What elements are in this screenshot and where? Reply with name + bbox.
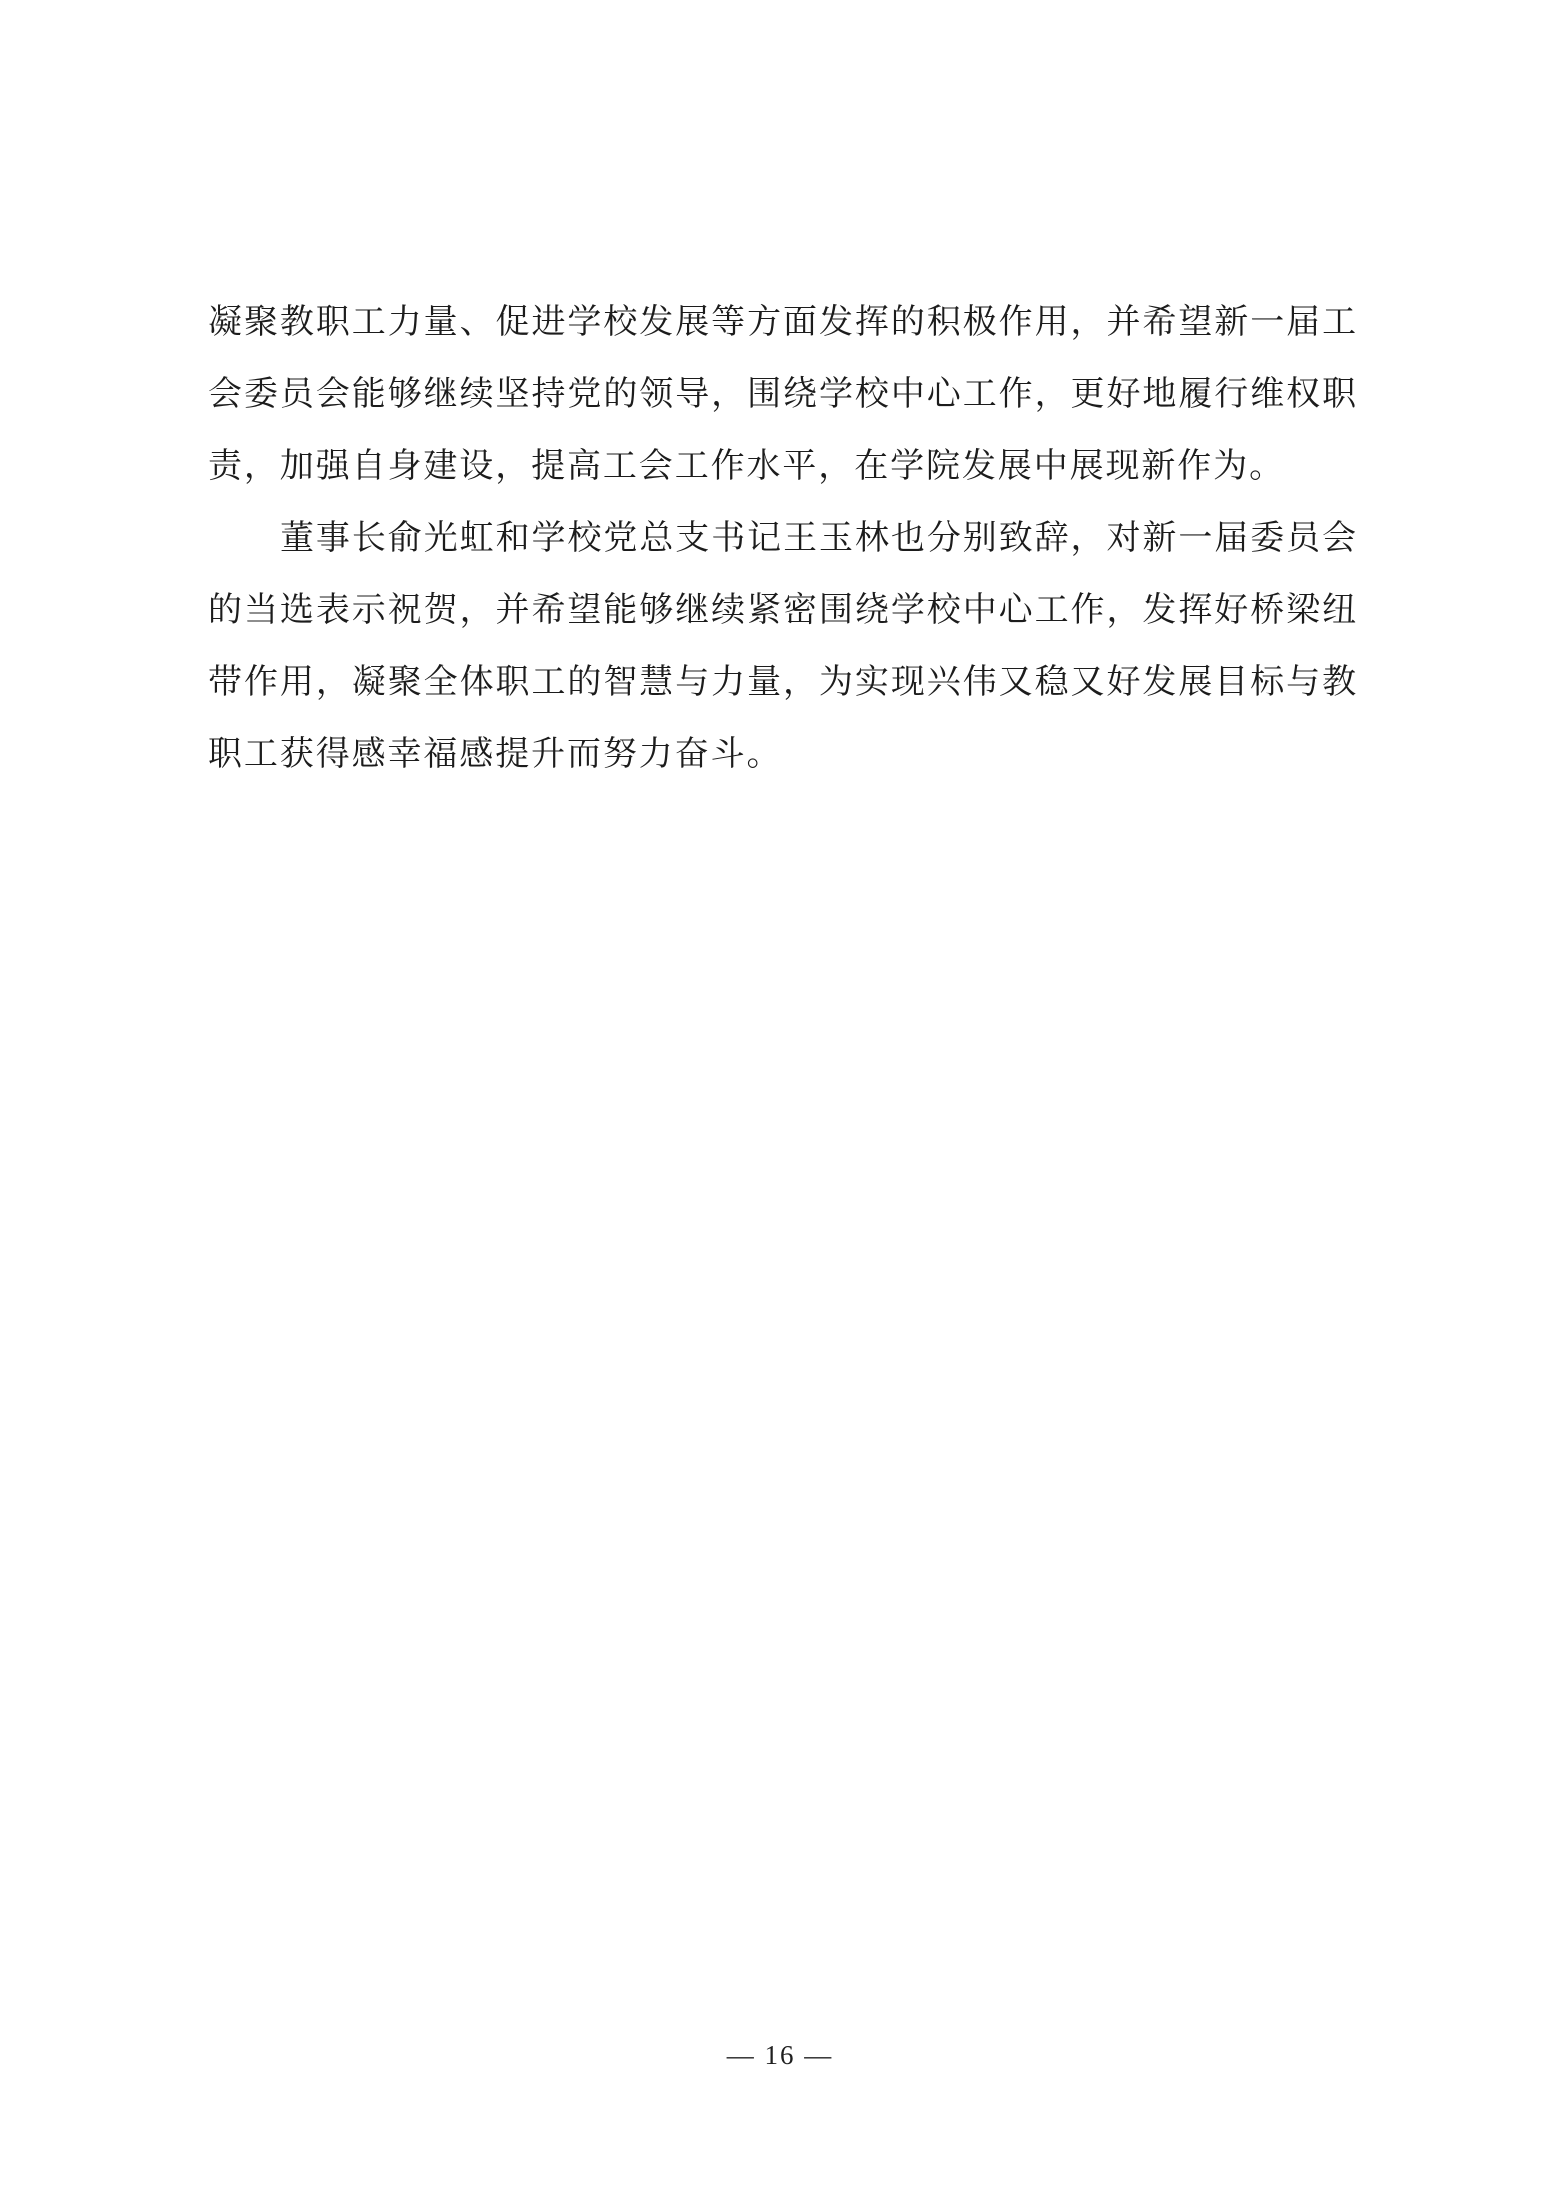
document-page: 凝聚教职工力量、促进学校发展等方面发挥的积极作用，并希望新一届工会委员会能够继续…	[0, 0, 1560, 2207]
body-text: 凝聚教职工力量、促进学校发展等方面发挥的积极作用，并希望新一届工会委员会能够继续…	[208, 287, 1358, 791]
paragraph: 董事长俞光虹和学校党总支书记王玉林也分别致辞，对新一届委员会的当选表示祝贺，并希…	[208, 503, 1358, 791]
paragraph: 凝聚教职工力量、促进学校发展等方面发挥的积极作用，并希望新一届工会委员会能够继续…	[208, 287, 1358, 503]
page-number: — 16 —	[0, 2040, 1560, 2071]
